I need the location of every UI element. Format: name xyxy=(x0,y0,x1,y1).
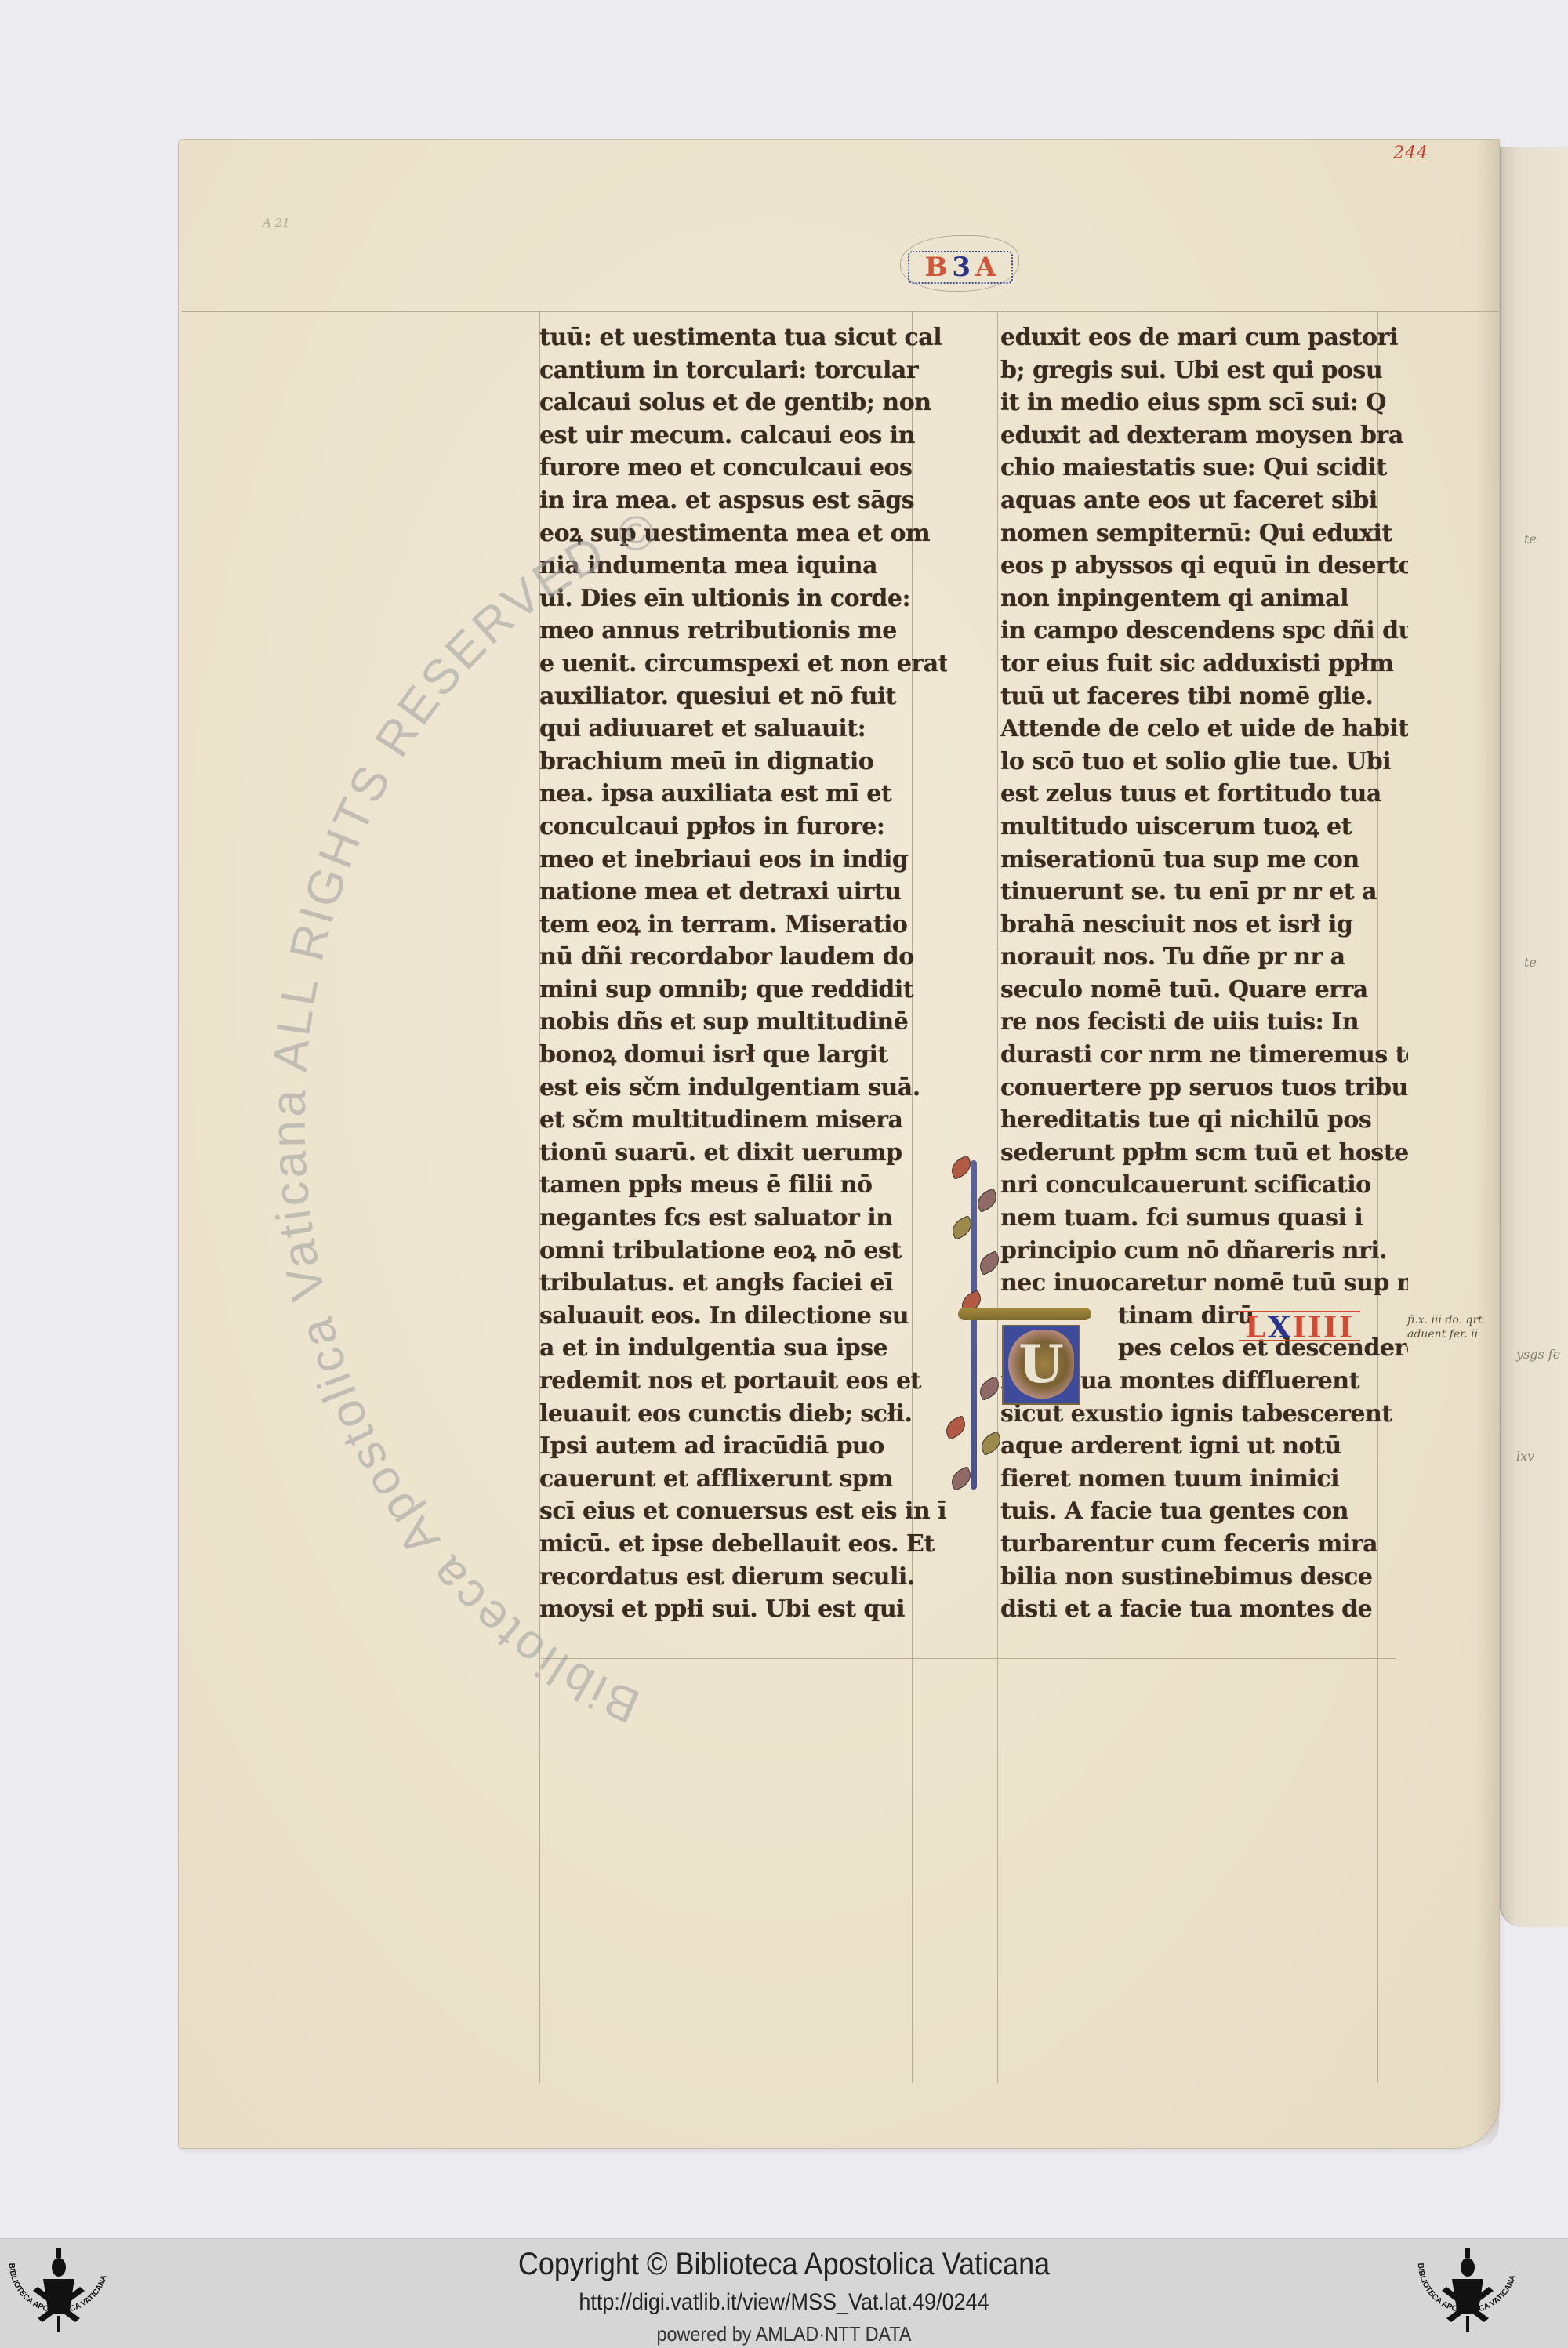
text-line: b; gregis sui. Ubi est qui posu xyxy=(1000,354,1408,387)
text-line: negantes fcs est saluator in xyxy=(539,1202,947,1235)
text-line: meo et inebriaui eos in indig xyxy=(539,844,947,876)
text-line: seculo nomē tuū. Quare erra xyxy=(1000,974,1408,1007)
text-line: omni tribulatione eoꝝ nō est xyxy=(539,1235,947,1268)
initial-bar-extension xyxy=(958,1308,1091,1320)
text-line: ui. Dies eīn ultionis in corde: xyxy=(539,582,947,615)
text-line: tuū ut faceres tibi nomē glie. xyxy=(1000,680,1408,713)
facing-leaf-note: te xyxy=(1524,955,1537,970)
text-line: conculcaui ppłos in furore: xyxy=(539,811,947,844)
text-line: tuis. A facie tua gentes con xyxy=(1000,1495,1408,1528)
facing-leaf-note: te xyxy=(1524,532,1537,546)
text-line: multitudo uiscerum tuoꝝ et xyxy=(1000,811,1408,844)
text-line: et sčm multitudinem misera xyxy=(539,1104,947,1137)
text-line: tor eius fuit sic adduxisti ppłm xyxy=(1000,648,1408,680)
text-line: cantium in torculari: torcular xyxy=(539,354,947,387)
footer-bar: Copyright © Biblioteca Apostolica Vatica… xyxy=(0,2238,1568,2348)
text-line: tuū: et uestimenta tua sicut cal xyxy=(539,321,947,354)
text-line: hereditatis tue qi nichilū pos xyxy=(1000,1104,1408,1137)
text-line: nomen sempiternū: Qui eduxit xyxy=(1000,517,1408,550)
text-line: eos p abyssos qi equū in deserto xyxy=(1000,550,1408,582)
text-line: auxiliator. quesiui et nō fuit xyxy=(539,680,947,713)
text-line: Ipsi autem ad iracūdiā puo xyxy=(539,1430,947,1463)
text-line: furore meo et conculcaui eos xyxy=(539,452,947,484)
text-line: it in medio eius spm scī sui: Q xyxy=(1000,386,1408,419)
text-line: eduxit ad dexteram moysen bra xyxy=(1000,419,1408,452)
text-line: eoꝝ sup uestimenta mea et om xyxy=(539,517,947,550)
text-line: bonoꝝ domui isrł que largit xyxy=(539,1039,947,1072)
vatican-library-seal-icon: BIBLIOTECA APOSTOLICA VATICANA xyxy=(1409,2244,1526,2346)
border-vine-icon xyxy=(971,1160,977,1490)
facing-leaf-note: ysgs fe xyxy=(1516,1347,1560,1362)
text-line: Attende de celo et uide de habitacu xyxy=(1000,713,1408,746)
text-line: brachium meū in dignatio xyxy=(539,746,947,778)
ruling-line-col-b-left xyxy=(997,311,998,2083)
text-line: moysi et ppłi sui. Ubi est qui xyxy=(539,1593,947,1626)
text-line: turbarentur cum feceris mira xyxy=(1000,1528,1408,1561)
text-line: redemit nos et portauit eos et xyxy=(539,1365,947,1398)
margin-annotation: fi.x. iii do. qrt aduent fer. ii xyxy=(1407,1313,1483,1341)
text-line: e uenit. circumspexi et non erat xyxy=(539,648,947,680)
text-line: tem eoꝝ in terram. Miseratio xyxy=(539,909,947,942)
text-line: qui adiuuaret et saluauit: xyxy=(539,713,947,746)
text-line: tribulatus. et angłs faciei eī xyxy=(539,1267,947,1300)
powered-by-text: powered by AMLAD·NTT DATA xyxy=(78,2322,1490,2346)
text-column-right: eduxit eos de mari cum pastorib; gregis … xyxy=(1000,321,1408,1626)
text-line: nem tuam. fci sumus quasi i xyxy=(1000,1202,1408,1235)
running-head: B 3 A xyxy=(900,235,1018,290)
text-line: principio cum nō dñareris nri. xyxy=(1000,1235,1408,1268)
text-line: non inpingentem qi animal xyxy=(1000,582,1408,615)
text-line: recordatus est dierum seculi. xyxy=(539,1561,947,1594)
text-line: tionū suarū. et dixit uerump xyxy=(539,1137,947,1170)
text-line: est uir mecum. calcaui eos in xyxy=(539,419,947,452)
text-line: meo annus retributionis me xyxy=(539,615,947,648)
text-line: norauit nos. Tu dñe pr nr a xyxy=(1000,941,1408,974)
text-line: cauerunt et afflixerunt spm xyxy=(539,1463,947,1496)
text-line: aquas ante eos ut faceret sibi xyxy=(1000,484,1408,517)
text-column-left: tuū: et uestimenta tua sicut calcantium … xyxy=(539,321,947,1626)
manuscript-viewer: te te ysgs fe lxv 244 A 21 B 3 A tuū: et… xyxy=(0,0,1568,2238)
folio-number: 244 xyxy=(1393,143,1428,163)
facing-leaf-note: lxv xyxy=(1516,1449,1534,1464)
text-line: in campo descendens spc dñi duc xyxy=(1000,615,1408,648)
text-line: a et in indulgentia sua ipse xyxy=(539,1332,947,1365)
text-line: nobis dñs et sup multitudinē xyxy=(539,1006,947,1039)
text-line: chio maiestatis sue: Qui scidit xyxy=(1000,452,1408,484)
text-line: est zelus tuus et fortitudo tua xyxy=(1000,778,1408,811)
text-line: est eis sčm indulgentiam suā. xyxy=(539,1072,947,1105)
text-line: eduxit eos de mari cum pastori xyxy=(1000,321,1408,354)
text-line: bilia non sustinebimus desce xyxy=(1000,1561,1408,1594)
text-line: natione mea et detraxi uirtu xyxy=(539,876,947,909)
facing-leaf-edge: te te ysgs fe lxv xyxy=(1499,147,1568,1927)
text-line: miserationū tua sup me con xyxy=(1000,844,1408,876)
text-line: nri conculcauerunt scificatio xyxy=(1000,1169,1408,1202)
text-line: calcaui solus et de gentib; non xyxy=(539,386,947,419)
psalm-number-rubric: LXIIII xyxy=(1245,1309,1354,1345)
running-head-letters: B 3 A xyxy=(908,251,1013,284)
text-line: nec inuocaretur nomē tuū sup nos. xyxy=(1000,1267,1408,1300)
pencil-mark: A 21 xyxy=(263,216,290,230)
text-line: tinuerunt se. tu enī pr nr et a xyxy=(1000,876,1408,909)
text-line: aque arderent igni ut notū xyxy=(1000,1430,1408,1463)
text-line: sederunt ppłm scm tuū et hoste xyxy=(1000,1137,1408,1170)
text-line: micū. et ipse debellauit eos. Et xyxy=(539,1528,947,1561)
manuscript-url[interactable]: http://digi.vatlib.it/view/MSS_Vat.lat.4… xyxy=(78,2289,1490,2316)
ruling-line-top xyxy=(182,311,1499,312)
text-line: saluauit eos. In dilectione su xyxy=(539,1300,947,1333)
text-line: scī eius et conuersus est eis in ī xyxy=(539,1495,947,1528)
text-line: conuertere pp seruos tuos tribus xyxy=(1000,1072,1408,1105)
ruling-line-bottom xyxy=(541,1658,1396,1659)
vatican-library-seal-icon: BIBLIOTECA APOSTOLICA VATICANA xyxy=(0,2244,118,2346)
text-line: tamen ppłs meus ē filii nō xyxy=(539,1169,947,1202)
text-line: durasti cor nrm ne timeremus te. xyxy=(1000,1039,1408,1072)
decorated-initial: U xyxy=(1002,1325,1080,1405)
text-line: brahā nesciuit nos et isrł ig xyxy=(1000,909,1408,942)
text-line: re nos fecisti de uiis tuis: In xyxy=(1000,1006,1408,1039)
text-line: nia indumenta mea iquina xyxy=(539,550,947,582)
text-line: nū dñi recordabor laudem do xyxy=(539,941,947,974)
text-line: leuauit eos cunctis dieb; scłi. xyxy=(539,1398,947,1431)
text-line: disti et a facie tua montes de xyxy=(1000,1593,1408,1626)
text-line: in ira mea. et aspsus est sāgs xyxy=(539,484,947,517)
copyright-text: Copyright © Biblioteca Apostolica Vatica… xyxy=(78,2247,1490,2282)
text-line: mini sup omnib; que reddidit xyxy=(539,974,947,1007)
text-line: lo scō tuo et solio glie tue. Ubi xyxy=(1000,746,1408,778)
text-line: nea. ipsa auxiliata est mī et xyxy=(539,778,947,811)
text-line: fieret nomen tuum inimici xyxy=(1000,1463,1408,1496)
